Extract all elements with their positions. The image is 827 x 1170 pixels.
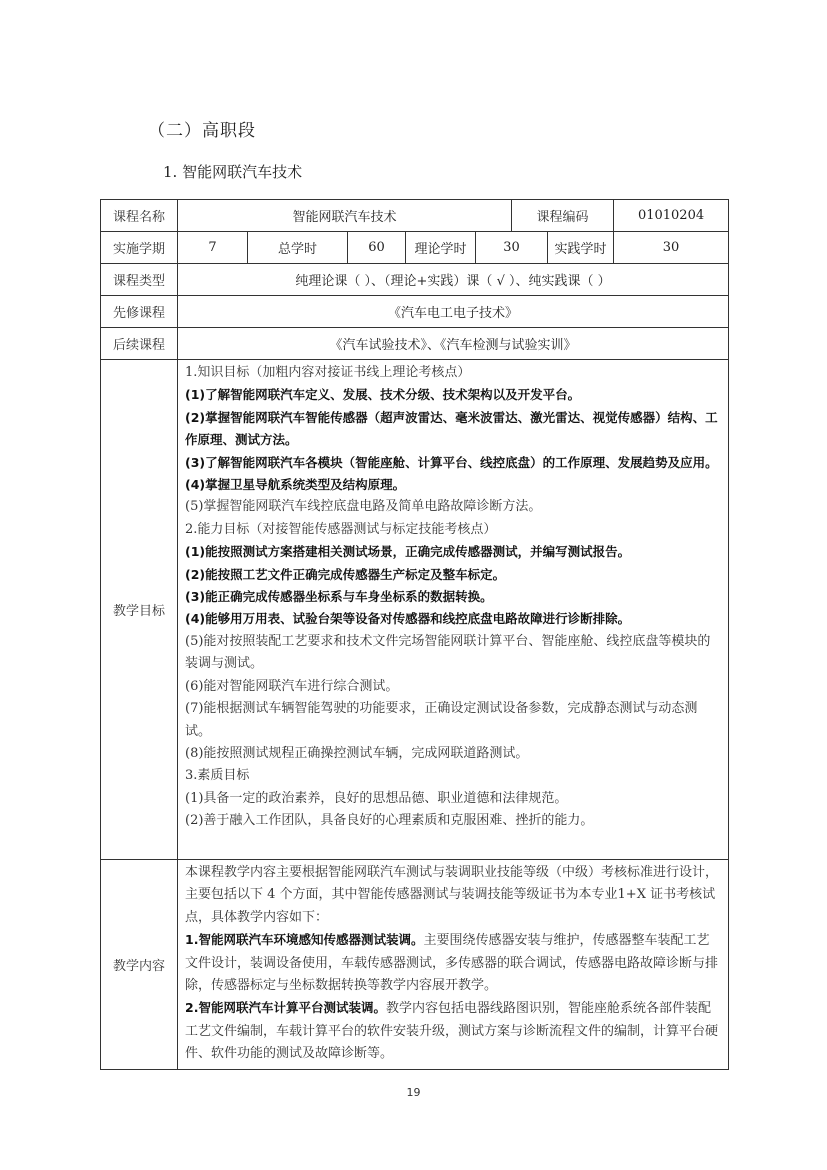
practice-hours-label: 实践学时 — [548, 232, 614, 264]
objective-line: (7)能根据测试车辆智能驾驶的功能要求，正确设定测试设备参数，完成静态测试与动态… — [185, 698, 720, 743]
objective-line: (8)能按照测试规程正确操控测试车辆，完成网联道路测试。 — [185, 743, 720, 765]
content-label: 教学内容 — [101, 860, 178, 1070]
course-code-label: 课程编码 — [512, 200, 614, 232]
course-type-value: 纯理论课（ ）、（理论+实践）课（ √ ）、纯实践课（ ） — [178, 264, 729, 296]
course-code-value: 01010204 — [614, 200, 729, 232]
objective-line: 1.知识目标（加粗内容对接证书线上理论考核点） — [185, 362, 720, 384]
semester-label: 实施学期 — [101, 232, 178, 264]
row-followup: 后续课程 《汽车试验技术》、《汽车检测与试验实训》 — [101, 328, 729, 360]
objective-line: (4)掌握卫星导航系统类型及结构原理。 — [185, 474, 720, 496]
course-name-value: 智能网联汽车技术 — [178, 200, 512, 232]
row-content: 教学内容 本课程教学内容主要根据智能网联汽车测试与装调职业技能等级（中级）考核标… — [101, 860, 729, 1070]
objective-line: 2.能力目标（对接智能传感器测试与标定技能考核点） — [185, 519, 720, 541]
objective-line: (3)能正确完成传感器坐标系与车身坐标系的数据转换。 — [185, 586, 720, 608]
row-course-type: 课程类型 纯理论课（ ）、（理论+实践）课（ √ ）、纯实践课（ ） — [101, 264, 729, 296]
total-hours-value: 60 — [348, 232, 406, 264]
objective-line: (2)善于融入工作团队，具备良好的心理素质和克服困难、挫折的能力。 — [185, 810, 720, 832]
page-number: 19 — [0, 1086, 827, 1099]
objective-line: 3.素质目标 — [185, 765, 720, 787]
objective-line: (4)能够用万用表、试验台架等设备对传感器和线控底盘电路故障进行诊断排除。 — [185, 608, 720, 630]
row-course-name: 课程名称 智能网联汽车技术 课程编码 01010204 — [101, 200, 729, 232]
followup-label: 后续课程 — [101, 328, 178, 360]
objective-line: (6)能对智能网联汽车进行综合测试。 — [185, 676, 720, 698]
course-info-table: 课程名称 智能网联汽车技术 课程编码 01010204 实施学期 7 总学时 6… — [100, 199, 729, 1070]
objectives-label: 教学目标 — [101, 360, 178, 860]
objective-line: (5)掌握智能网联汽车线控底盘电路及简单电路故障诊断方法。 — [185, 496, 720, 518]
row-objectives: 教学目标 1.知识目标（加粗内容对接证书线上理论考核点） (1)了解智能网联汽车… — [101, 360, 729, 860]
followup-value: 《汽车试验技术》、《汽车检测与试验实训》 — [178, 328, 729, 360]
content-item: 2.智能网联汽车计算平台测试装调。教学内容包括电器线路图识别，智能座舱系统各部件… — [185, 997, 720, 1065]
theory-hours-value: 30 — [476, 232, 548, 264]
objective-line: (5)能对按照装配工艺要求和技术文件完场智能网联计算平台、智能座舱、线控底盘等模… — [185, 631, 720, 676]
semester-value: 7 — [178, 232, 248, 264]
objective-line: (1)能按照测试方案搭建相关测试场景，正确完成传感器测试，并编写测试报告。 — [185, 541, 720, 563]
course-heading: 1. 智能网联汽车技术 — [163, 161, 302, 182]
objective-line: (2)掌握智能网联汽车智能传感器（超声波雷达、毫米波雷达、激光雷达、视觉传感器）… — [185, 407, 720, 452]
course-name-label: 课程名称 — [101, 200, 178, 232]
total-hours-label: 总学时 — [248, 232, 348, 264]
row-prerequisite: 先修课程 《汽车电工电子技术》 — [101, 296, 729, 328]
content-item: 1.智能网联汽车环境感知传感器测试装调。主要围绕传感器安装与维护，传感器整车装配… — [185, 929, 720, 997]
content-item-title: 2.智能网联汽车计算平台测试装调。 — [185, 1000, 386, 1015]
objective-line: (3)了解智能网联汽车各模块（智能座舱、计算平台、线控底盘）的工作原理、发展趋势… — [185, 452, 720, 474]
content-body: 本课程教学内容主要根据智能网联汽车测试与装调职业技能等级（中级）考核标准进行设计… — [178, 860, 729, 1070]
objective-line: (2)能按照工艺文件正确完成传感器生产标定及整车标定。 — [185, 564, 720, 586]
course-type-label: 课程类型 — [101, 264, 178, 296]
prerequisite-value: 《汽车电工电子技术》 — [178, 296, 729, 328]
objective-line: (1)具备一定的政治素养，良好的思想品德、职业道德和法律规范。 — [185, 788, 720, 810]
content-item-title: 1.智能网联汽车环境感知传感器测试装调。 — [185, 932, 423, 947]
prerequisite-label: 先修课程 — [101, 296, 178, 328]
objective-line: (1)了解智能网联汽车定义、发展、技术分级、技术架构以及开发平台。 — [185, 384, 720, 406]
content-intro: 本课程教学内容主要根据智能网联汽车测试与装调职业技能等级（中级）考核标准进行设计… — [185, 862, 720, 929]
section-heading: （二）高职段 — [148, 116, 256, 141]
row-hours: 实施学期 7 总学时 60 理论学时 30 实践学时 30 — [101, 232, 729, 264]
theory-hours-label: 理论学时 — [406, 232, 476, 264]
objectives-body: 1.知识目标（加粗内容对接证书线上理论考核点） (1)了解智能网联汽车定义、发展… — [178, 360, 729, 860]
practice-hours-value: 30 — [614, 232, 729, 264]
